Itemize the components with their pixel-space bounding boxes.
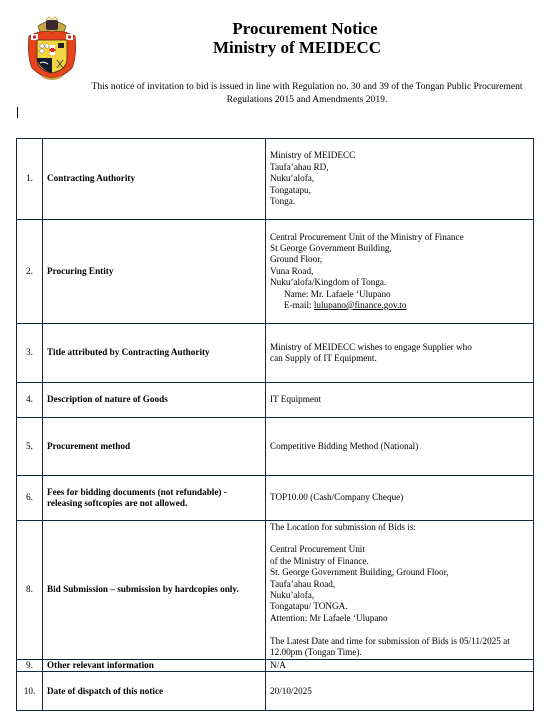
- table-row: 4. Description of nature of Goods IT Equ…: [17, 383, 534, 418]
- row-value: Competitive Bidding Method (National): [266, 418, 534, 476]
- table-row: 5. Procurement method Competitive Biddin…: [17, 418, 534, 476]
- row-number: 2.: [17, 220, 43, 324]
- row-number: 4.: [17, 383, 43, 418]
- row-value: 20/10/2025: [266, 672, 534, 711]
- row-value: TOP10.00 (Cash/Company Cheque): [266, 476, 534, 521]
- table-row: 1. Contracting Authority Ministry of MEI…: [17, 139, 534, 220]
- row-number: 1.: [17, 139, 43, 220]
- contact-email-line: E-mail: lulupano@finance.gov.to: [270, 300, 529, 311]
- row-value: N/A: [266, 660, 534, 672]
- row-number: 10.: [17, 672, 43, 711]
- intro-text: This notice of invitation to bid is issu…: [86, 81, 528, 106]
- table-row: 6. Fees for bidding documents (not refun…: [17, 476, 534, 521]
- row-label: Contracting Authority: [43, 139, 266, 220]
- row-value: The Location for submission of Bids is: …: [266, 521, 534, 660]
- row-value: Central Procurement Unit of the Ministry…: [266, 220, 534, 324]
- title-line-1: Procurement Notice: [232, 19, 377, 38]
- row-number: 6.: [17, 476, 43, 521]
- row-label: Bid Submission – submission by hardcopie…: [43, 521, 266, 660]
- contact-name: Name: Mr. Lafaele ‘Ulupano: [270, 289, 529, 300]
- notice-table: 1. Contracting Authority Ministry of MEI…: [16, 138, 534, 711]
- table-row: 10. Date of dispatch of this notice 20/1…: [17, 672, 534, 711]
- row-value: Ministry of MEIDECC wishes to engage Sup…: [266, 324, 534, 383]
- row-value: IT Equipment: [266, 383, 534, 418]
- table-row: 9. Other relevant information N/A: [17, 660, 534, 672]
- text-cursor: [17, 107, 18, 118]
- bid-deadline: The Latest Date and time for submission …: [270, 636, 529, 647]
- row-label: Title attributed by Contracting Authorit…: [43, 324, 266, 383]
- row-label: Procuring Entity: [43, 220, 266, 324]
- row-label: Other relevant information: [43, 660, 266, 672]
- table-row: 2. Procuring Entity Central Procurement …: [17, 220, 534, 324]
- row-number: 3.: [17, 324, 43, 383]
- row-value: Ministry of MEIDECC Taufa’ahau RD, Nuku’…: [266, 139, 534, 220]
- title-line-2: Ministry of MEIDECC: [0, 38, 553, 57]
- table-row: 8. Bid Submission – submission by hardco…: [17, 521, 534, 660]
- email-link[interactable]: lulupano@finance.gov.to: [314, 300, 407, 310]
- table-row: 3. Title attributed by Contracting Autho…: [17, 324, 534, 383]
- row-label: Procurement method: [43, 418, 266, 476]
- row-number: 9.: [17, 660, 43, 672]
- row-label: Description of nature of Goods: [43, 383, 266, 418]
- row-label: Fees for bidding documents (not refundab…: [43, 476, 266, 521]
- row-number: 8.: [17, 521, 43, 660]
- row-label: Date of dispatch of this notice: [43, 672, 266, 711]
- page-title: Procurement Notice Ministry of MEIDECC: [0, 19, 553, 57]
- row-number: 5.: [17, 418, 43, 476]
